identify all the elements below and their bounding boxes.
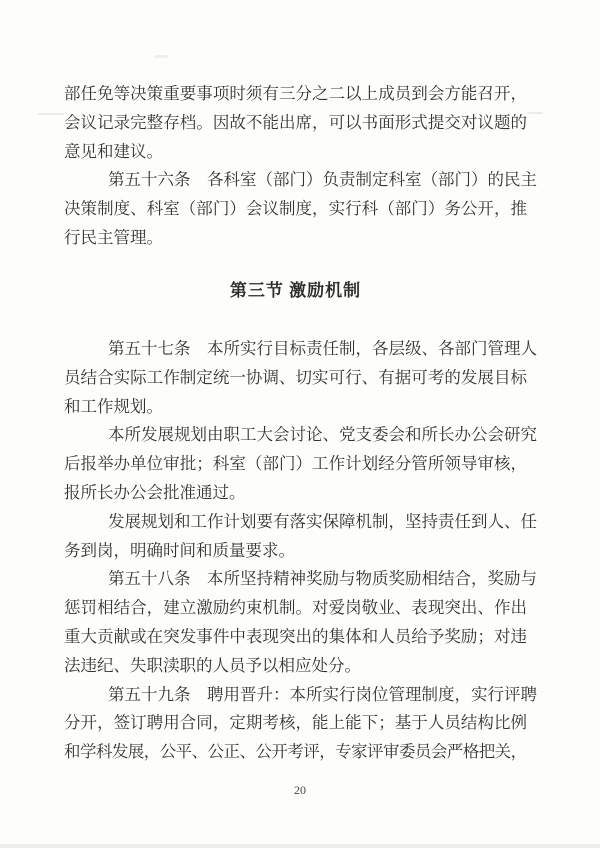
scan-edge-shadow [0,844,600,848]
paragraph-guarantee-mechanism: 发展规划和工作计划要有落实保障机制，坚持责任到人、任 务到岗，明确时间和质量要求… [64,508,527,566]
scan-artifact [38,113,64,115]
text-line: 发展规划和工作计划要有落实保障机制，坚持责任到人、任 [64,508,527,537]
paragraph-article-59: 第五十九条 聘用晋升：本所实行岗位管理制度，实行评聘 分开，签订聘用合同，定期考… [64,681,527,767]
paragraph-article-56: 第五十六条 各科室（部门）负责制定科室（部门）的民主 决策制度、科室（部门）会议… [64,166,527,252]
text-line: 第五十九条 聘用晋升：本所实行岗位管理制度，实行评聘 [64,681,527,710]
paragraph-continuation: 部任免等决策重要事项时须有三分之二以上成员到会方能召开， 会议记录完整存档。因故… [64,80,527,166]
section-heading: 第三节 激励机制 [64,277,527,306]
text-line: 分开，签订聘用合同，定期考核，能上能下；基于人员结构比例 [64,709,527,738]
text-line: 第五十七条 本所实行目标责任制，各层级、各部门管理人 [64,335,527,364]
scan-artifact [527,112,543,114]
text-line: 报所长办公会批准通过。 [64,479,527,508]
text-line: 决策制度、科室（部门）会议制度，实行科（部门）务公开，推 [64,195,527,224]
text-line: 第五十八条 本所坚持精神奖励与物质奖励相结合，奖励与 [64,565,527,594]
text-line: 意见和建议。 [64,138,527,167]
text-line: 行民主管理。 [64,224,527,253]
paragraph-article-57: 第五十七条 本所实行目标责任制，各层级、各部门管理人 员结合实际工作制定统一协调… [64,335,527,421]
text-line: 本所发展规划由职工大会讨论、党支委会和所长办公会研究 [64,421,527,450]
text-line: 法违纪、失职渎职的人员予以相应处分。 [64,652,527,681]
document-page: 部任免等决策重要事项时须有三分之二以上成员到会方能召开， 会议记录完整存档。因故… [0,0,600,848]
text-line: 会议记录完整存档。因故不能出席，可以书面形式提交对议题的 [64,109,527,138]
text-line: 员结合实际工作制定统一协调、切实可行、有据可考的发展目标 [64,364,527,393]
text-line: 和学科发展，公平、公正、公开考评，专家评审委员会严格把关， [64,738,527,767]
text-line: 重大贡献或在突发事件中表现突出的集体和人员给予奖励；对违 [64,623,527,652]
paragraph-article-58: 第五十八条 本所坚持精神奖励与物质奖励相结合，奖励与 惩罚相结合，建立激励约束机… [64,565,527,680]
text-line: 第五十六条 各科室（部门）负责制定科室（部门）的民主 [64,166,527,195]
text-line: 惩罚相结合，建立激励约束机制。对爱岗敬业、表现突出、作出 [64,594,527,623]
text-line: 部任免等决策重要事项时须有三分之二以上成员到会方能召开， [64,80,527,109]
paragraph-development-plan: 本所发展规划由职工大会讨论、党支委会和所长办公会研究 后报举办单位审批；科室（部… [64,421,527,507]
document-body: 部任免等决策重要事项时须有三分之二以上成员到会方能召开， 会议记录完整存档。因故… [64,80,527,767]
scan-artifact [155,55,168,58]
text-line: 务到岗，明确时间和质量要求。 [64,537,527,566]
page-number: 20 [0,783,600,798]
text-line: 后报举办单位审批；科室（部门）工作计划经分管所领导审核， [64,450,527,479]
text-line: 和工作规划。 [64,393,527,422]
